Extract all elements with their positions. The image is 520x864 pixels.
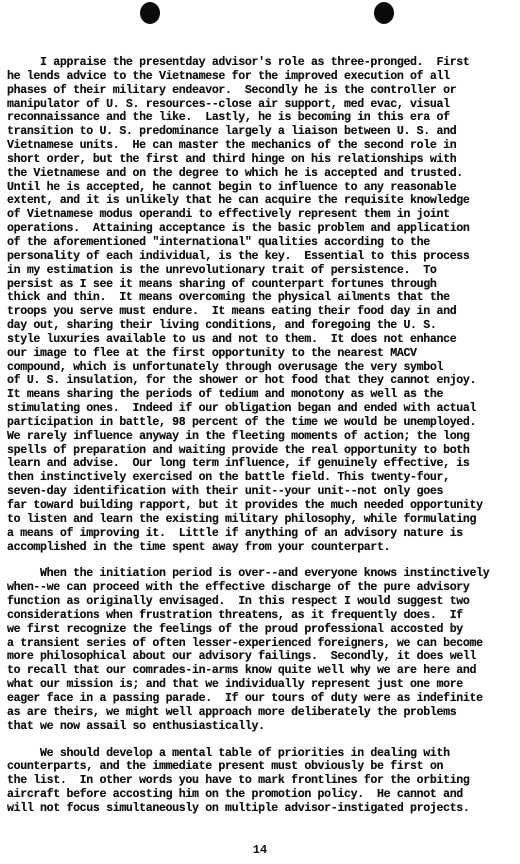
text-line: to listen and learn the existing militar… bbox=[7, 513, 517, 527]
text-line: of U. S. insulation, for the shower or h… bbox=[7, 374, 517, 388]
text-line: that we now assail so enthusiastically. bbox=[7, 720, 517, 734]
text-line: considerations when frustration threaten… bbox=[7, 609, 517, 623]
binder-hole-right bbox=[374, 2, 394, 24]
document-body: I appraise the presentday advisor's role… bbox=[7, 56, 517, 816]
text-line: stimulating ones. Indeed if our obligati… bbox=[7, 402, 517, 416]
text-line: day out, sharing their living conditions… bbox=[7, 319, 517, 333]
text-line: transition to U. S. predominance largely… bbox=[7, 125, 517, 139]
text-line: thick and thin. It means overcoming the … bbox=[7, 291, 517, 305]
text-line: a transient series of often lesser-exper… bbox=[7, 637, 517, 651]
text-line: accomplished in the time spent away from… bbox=[7, 541, 517, 555]
text-line: far toward building rapport, but it prov… bbox=[7, 499, 517, 513]
text-line: of the aforementioned "international" qu… bbox=[7, 236, 517, 250]
text-line: then instinctively exercised on the batt… bbox=[7, 471, 517, 485]
text-line: style luxuries available to us and not t… bbox=[7, 333, 517, 347]
text-line: counterparts, and the immediate present … bbox=[7, 760, 517, 774]
text-line: Until he is accepted, he cannot begin to… bbox=[7, 181, 517, 195]
binder-hole-left bbox=[140, 2, 160, 24]
paragraph-3: We should develop a mental table of prio… bbox=[7, 747, 517, 816]
text-line: I appraise the presentday advisor's role… bbox=[7, 56, 517, 70]
text-line: We should develop a mental table of prio… bbox=[7, 747, 517, 761]
text-line: our image to flee at the first opportuni… bbox=[7, 347, 517, 361]
text-line: more philosophical about our advisory fa… bbox=[7, 650, 517, 664]
paragraph-1: I appraise the presentday advisor's role… bbox=[7, 56, 517, 554]
text-line: to recall that our comrades-in-arms know… bbox=[7, 664, 517, 678]
page-number: 14 bbox=[0, 843, 520, 857]
text-line: It means sharing the periods of tedium a… bbox=[7, 388, 517, 402]
text-line: the list. In other words you have to mar… bbox=[7, 774, 517, 788]
text-line: We rarely influence anyway in the fleeti… bbox=[7, 430, 517, 444]
text-line: extent, and it is unlikely that he can a… bbox=[7, 194, 517, 208]
text-line: personality of each individual, is the k… bbox=[7, 250, 517, 264]
text-line: manipulator of U. S. resources--close ai… bbox=[7, 98, 517, 112]
text-line: Vietnamese units. He can master the mech… bbox=[7, 139, 517, 153]
text-line: persist as I see it means sharing of cou… bbox=[7, 278, 517, 292]
text-line: will not focus simultaneously on multipl… bbox=[7, 802, 517, 816]
text-line: learn and advise. Our long term influenc… bbox=[7, 457, 517, 471]
text-line: eager face in a passing parade. If our t… bbox=[7, 692, 517, 706]
text-line: the Vietnamese and on the degree to whic… bbox=[7, 167, 517, 181]
text-line: operations. Attaining acceptance is the … bbox=[7, 222, 517, 236]
text-line: as are theirs, we might well approach mo… bbox=[7, 706, 517, 720]
text-line: When the initiation period is over--and … bbox=[7, 567, 517, 581]
text-line: function as originally envisaged. In thi… bbox=[7, 595, 517, 609]
text-line: what our mission is; and that we individ… bbox=[7, 678, 517, 692]
text-line: seven-day identification with their unit… bbox=[7, 485, 517, 499]
text-line: in my estimation is the unrevolutionary … bbox=[7, 264, 517, 278]
text-line: troops you serve must endure. It means e… bbox=[7, 305, 517, 319]
text-line: aircraft before accosting him on the pro… bbox=[7, 788, 517, 802]
text-line: spells of preparation and waiting provid… bbox=[7, 444, 517, 458]
text-line: compound, which is unfortunately through… bbox=[7, 361, 517, 375]
text-line: participation in battle, 98 percent of t… bbox=[7, 416, 517, 430]
text-line: short order, but the first and third hin… bbox=[7, 153, 517, 167]
text-line: a means of improving it. Little if anyth… bbox=[7, 527, 517, 541]
text-line: he lends advice to the Vietnamese for th… bbox=[7, 70, 517, 84]
text-line: when--we can proceed with the effective … bbox=[7, 581, 517, 595]
text-line: phases of their military endeavor. Secon… bbox=[7, 84, 517, 98]
text-line: of Vietnamese modus operandi to effectiv… bbox=[7, 208, 517, 222]
text-line: reconnaissance and the like. Lastly, he … bbox=[7, 111, 517, 125]
paragraph-2: When the initiation period is over--and … bbox=[7, 567, 517, 733]
text-line: we first recognize the feelings of the p… bbox=[7, 623, 517, 637]
